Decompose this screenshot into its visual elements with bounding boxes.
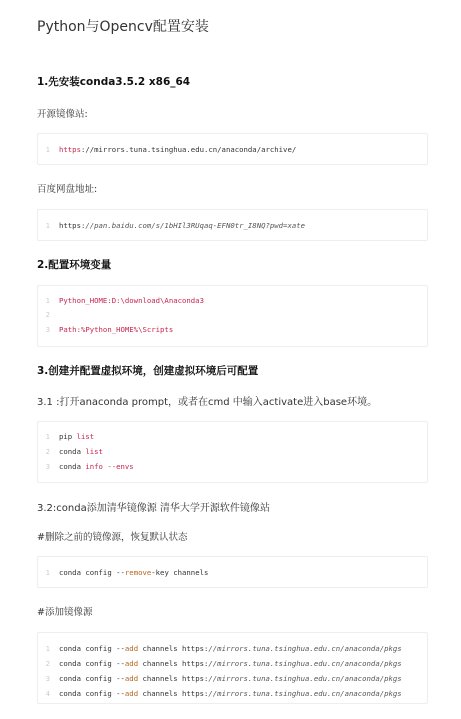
line-number: 1 (38, 430, 50, 444)
code-url: //mirrors.tuna.tsinghua.edu.cn/anaconda/… (208, 674, 401, 683)
code-option: add (125, 659, 138, 668)
code-cmd: conda (59, 447, 85, 456)
line-number: 1 (38, 219, 50, 233)
line-number: 1 (38, 143, 50, 157)
line-number: 2 (38, 445, 50, 459)
code-line: 2 (38, 308, 59, 322)
code-pre: conda config -- (59, 674, 125, 683)
code-mid: channels https: (138, 659, 208, 668)
line-number: 1 (38, 294, 50, 308)
line-number: 3 (38, 672, 50, 686)
code-cmd: conda (59, 462, 85, 471)
code-text: Path:%Python_HOME%\Scripts (59, 325, 173, 334)
code-pre: conda config -- (59, 689, 125, 698)
section-3-1-text: 3.1 :打开anaconda prompt，或者在cmd 中输入activat… (37, 393, 377, 408)
code-block-baidu-url[interactable]: 1https://pan.baidu.com/s/1bHIl3RUqaq-EFN… (37, 209, 428, 241)
code-text: Python_HOME:D:\download\Anaconda3 (59, 296, 204, 305)
code-pre: conda config -- (59, 568, 125, 577)
url-scheme: https (59, 145, 81, 154)
code-url: //mirrors.tuna.tsinghua.edu.cn/anaconda/… (208, 644, 401, 653)
code-mid: channels https: (138, 644, 208, 653)
code-line: 3conda info --envs (38, 460, 134, 474)
code-arg: list (85, 447, 103, 456)
code-block-list-commands[interactable]: 1pip list 2conda list 3conda info --envs (37, 421, 428, 483)
code-block-mirror-url[interactable]: 1https://mirrors.tuna.tsinghua.edu.cn/an… (37, 133, 428, 165)
code-line: 1https://pan.baidu.com/s/1bHIl3RUqaq-EFN… (38, 219, 305, 233)
line-number: 4 (38, 687, 50, 701)
remove-label: #删除之前的镜像源，恢复默认状态 (37, 529, 187, 543)
code-line: 3conda config --add channels https://mir… (38, 672, 402, 686)
code-block-remove-key[interactable]: 1conda config --remove-key channels (37, 556, 428, 588)
code-pre: conda config -- (59, 644, 125, 653)
code-line: 1Python_HOME:D:\download\Anaconda3 (38, 294, 204, 308)
code-pre: conda config -- (59, 659, 125, 668)
code-line: 1https://mirrors.tuna.tsinghua.edu.cn/an… (38, 143, 296, 157)
code-line: 4conda config --add channels https://mir… (38, 687, 402, 701)
code-option: add (125, 674, 138, 683)
code-post: -key channels (151, 568, 208, 577)
line-number: 3 (38, 323, 50, 337)
section-1-heading: 1.先安装conda3.5.2 x86_64 (37, 74, 190, 89)
code-block-add-channels[interactable]: 1conda config --add channels https://mir… (37, 632, 428, 704)
code-option: remove (125, 568, 151, 577)
code-arg: list (77, 432, 95, 441)
add-label: #添加镜像源 (37, 604, 92, 618)
code-line: 1conda config --add channels https://mir… (38, 642, 402, 656)
url-rest: //pan.baidu.com/s/1bHIl3RUqaq-EFN0tr_I8N… (85, 221, 305, 230)
code-url: //mirrors.tuna.tsinghua.edu.cn/anaconda/… (208, 659, 401, 668)
url-scheme: https: (59, 221, 85, 230)
mirror-label: 开源镜像站: (37, 106, 88, 120)
code-block-env-vars[interactable]: 1Python_HOME:D:\download\Anaconda3 2 3Pa… (37, 285, 428, 347)
code-option: add (125, 644, 138, 653)
code-line: 2conda list (38, 445, 103, 459)
code-mid: channels https: (138, 674, 208, 683)
baidu-label: 百度网盘地址: (37, 181, 97, 195)
code-mid: channels https: (138, 689, 208, 698)
code-option: add (125, 689, 138, 698)
code-url: //mirrors.tuna.tsinghua.edu.cn/anaconda/… (208, 689, 401, 698)
section-3-heading: 3.创建并配置虚拟环境，创建虚拟环境后可配置 (37, 363, 258, 378)
section-2-heading: 2.配置环境变量 (37, 257, 111, 272)
url-rest: ://mirrors.tuna.tsinghua.edu.cn/anaconda… (81, 145, 296, 154)
code-line: 1conda config --remove-key channels (38, 566, 208, 580)
line-number: 2 (38, 308, 50, 322)
page-title: Python与Opencv配置安装 (37, 16, 209, 36)
line-number: 1 (38, 566, 50, 580)
code-line: 3Path:%Python_HOME%\Scripts (38, 323, 173, 337)
section-3-2-text: 3.2:conda添加清华镜像源 清华大学开源软件镜像站 (37, 499, 270, 514)
code-line: 1pip list (38, 430, 94, 444)
code-arg: info --envs (85, 462, 133, 471)
line-number: 1 (38, 642, 50, 656)
code-cmd: pip (59, 432, 77, 441)
line-number: 2 (38, 657, 50, 671)
code-line: 2conda config --add channels https://mir… (38, 657, 402, 671)
line-number: 3 (38, 460, 50, 474)
